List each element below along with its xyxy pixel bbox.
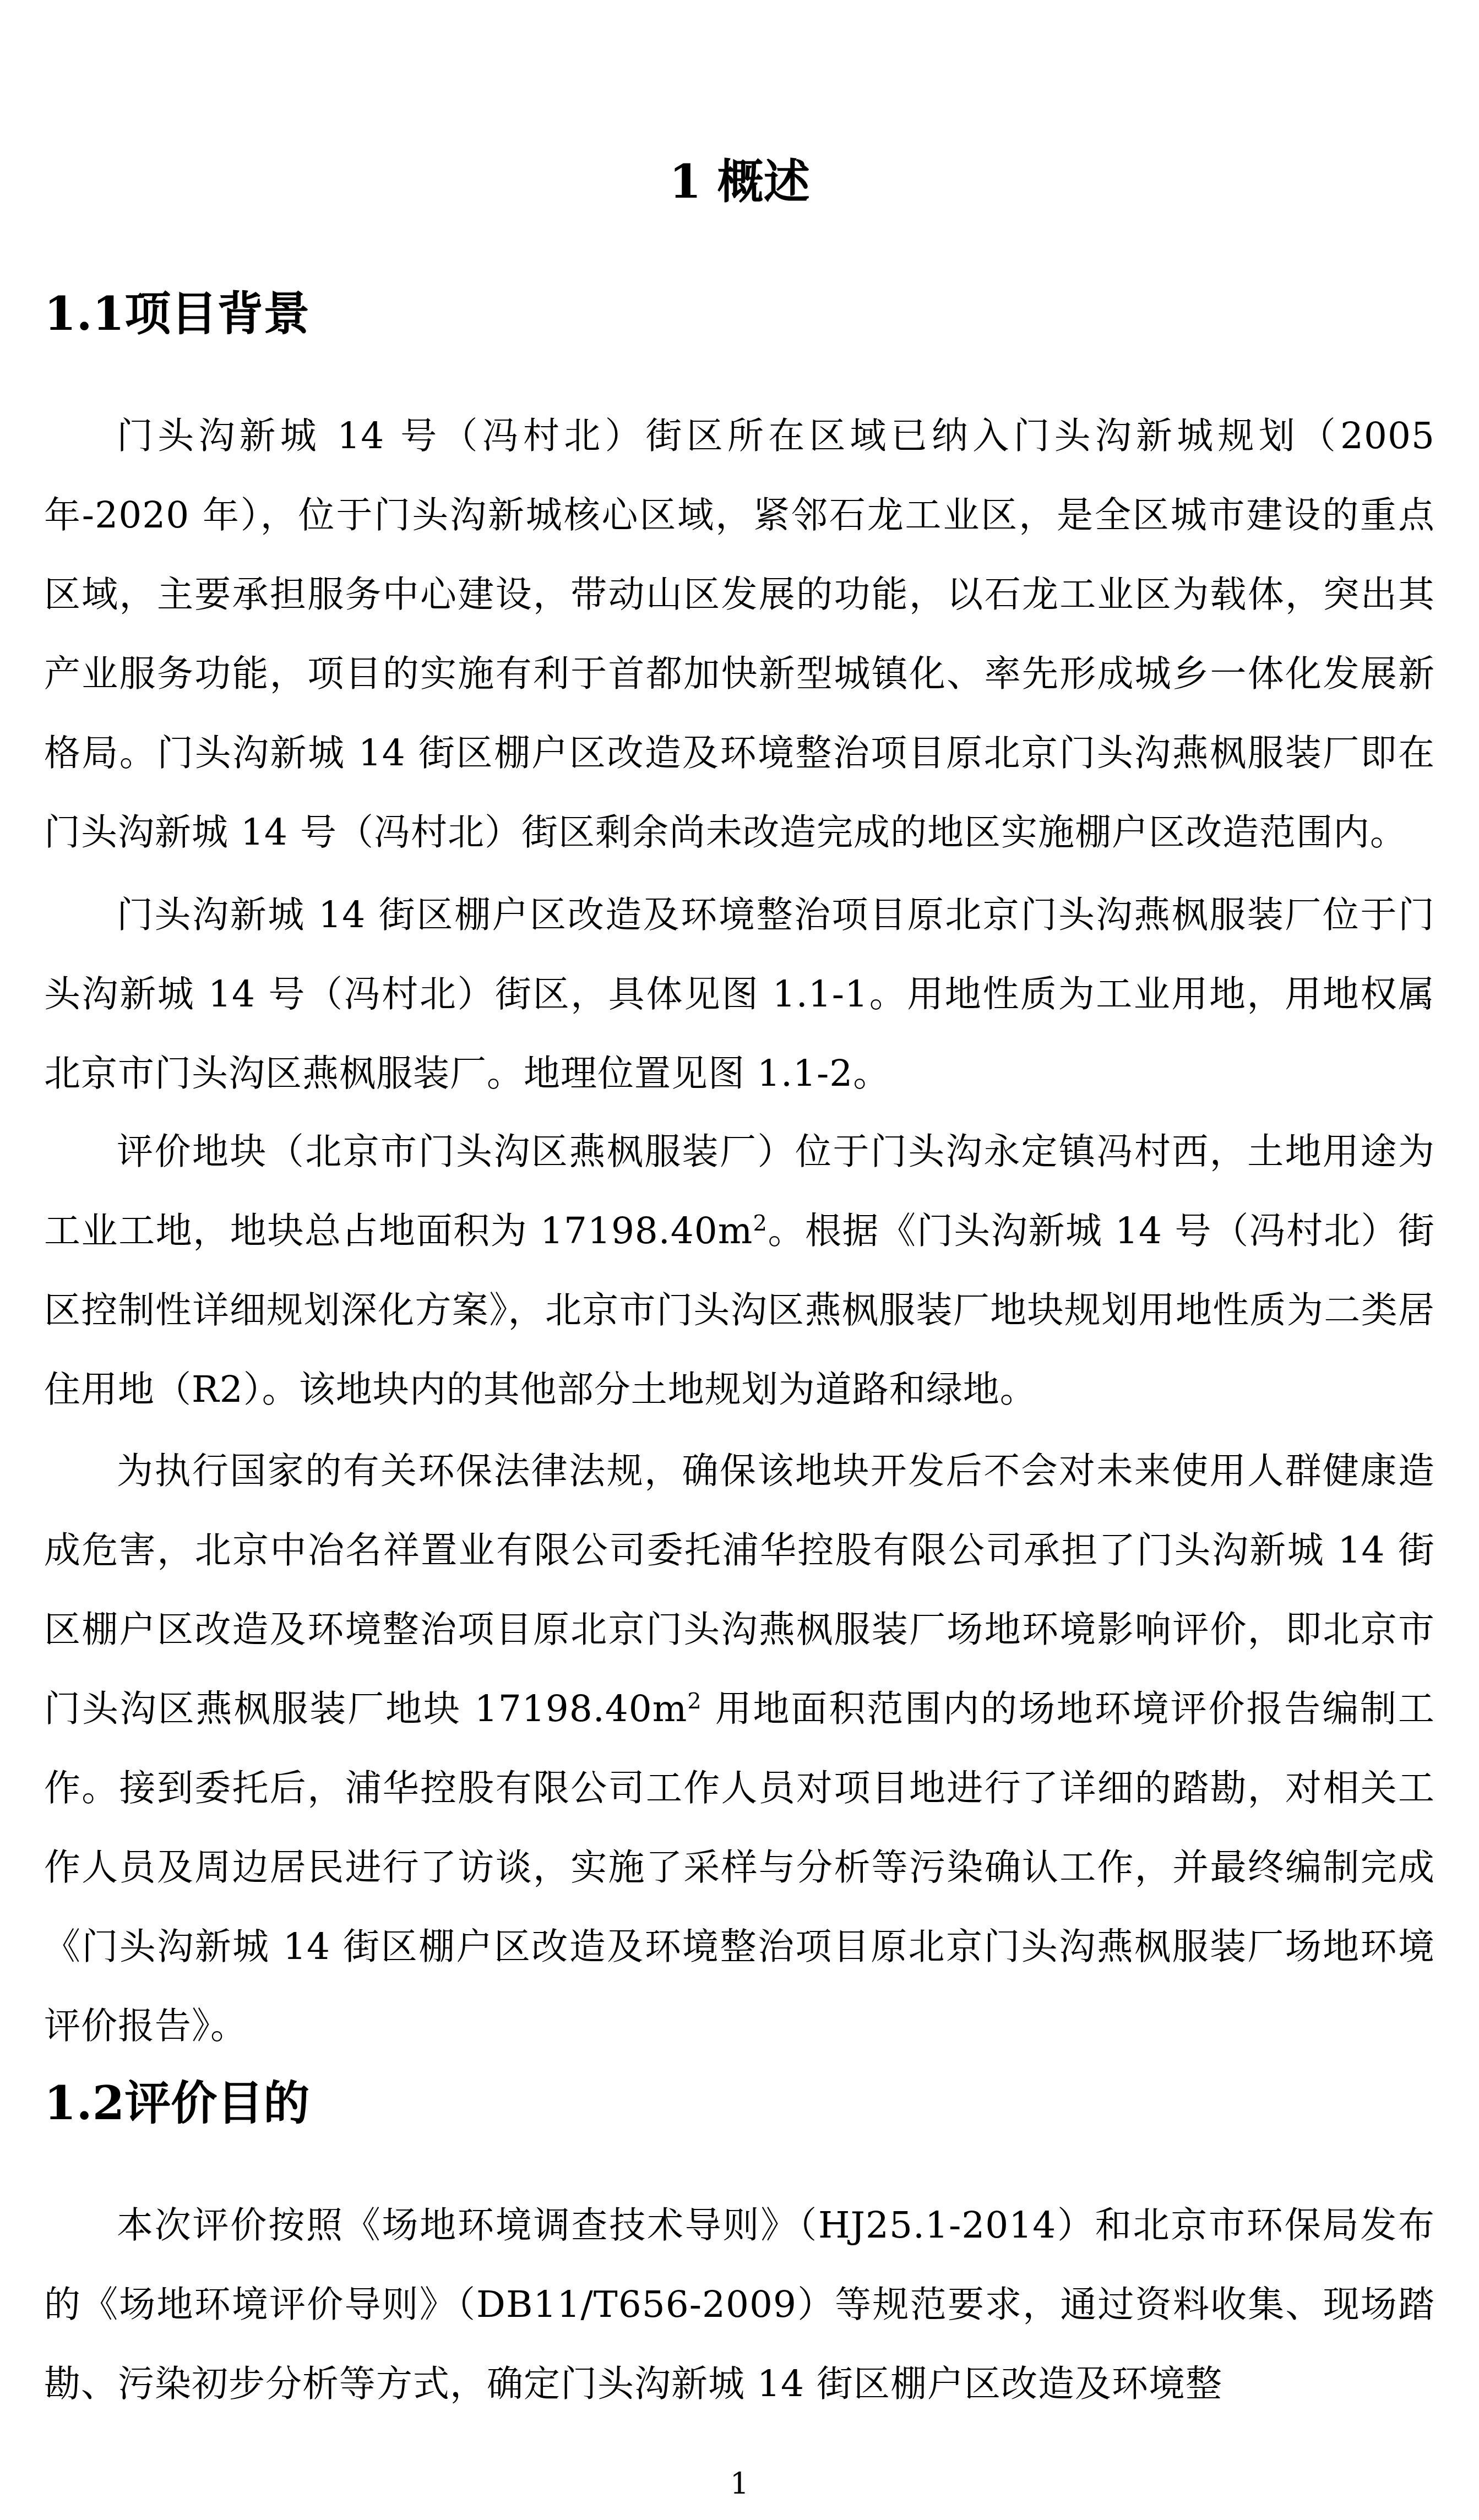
section-title-purpose: 1.2评价目的 xyxy=(44,2076,309,2131)
superscript: 2 xyxy=(687,1689,702,1714)
chapter-title: 1 概述 xyxy=(44,154,1435,209)
paragraph-background-3: 评价地块（北京市门头沟区燕枫服装厂）位于门头沟永定镇冯村西，土地用途为工业工地，… xyxy=(44,1112,1435,1429)
page-number: 1 xyxy=(0,2467,1479,2501)
section-title-background: 1.1项目背景 xyxy=(44,286,309,341)
paragraph-background-4: 为执行国家的有关环保法律法规，确保该地块开发后不会对未来使用人群健康造成危害，北… xyxy=(44,1432,1435,2066)
paragraph-background-1: 门头沟新城 14 号（冯村北）街区所在区域已纳入门头沟新城规划（2005 年-2… xyxy=(44,396,1435,872)
paragraph-purpose-1: 本次评价按照《场地环境调查技术导则》（HJ25.1-2014）和北京市环保局发布… xyxy=(44,2186,1435,2424)
paragraph-background-2: 门头沟新城 14 街区棚户区改造及环境整治项目原北京门头沟燕枫服装厂位于门头沟新… xyxy=(44,875,1435,1113)
superscript: 2 xyxy=(753,1211,767,1236)
paragraph-text: 用地面积范围内的场地环境评价报告编制工作。接到委托后，浦华控股有限公司工作人员对… xyxy=(44,1688,1435,2047)
